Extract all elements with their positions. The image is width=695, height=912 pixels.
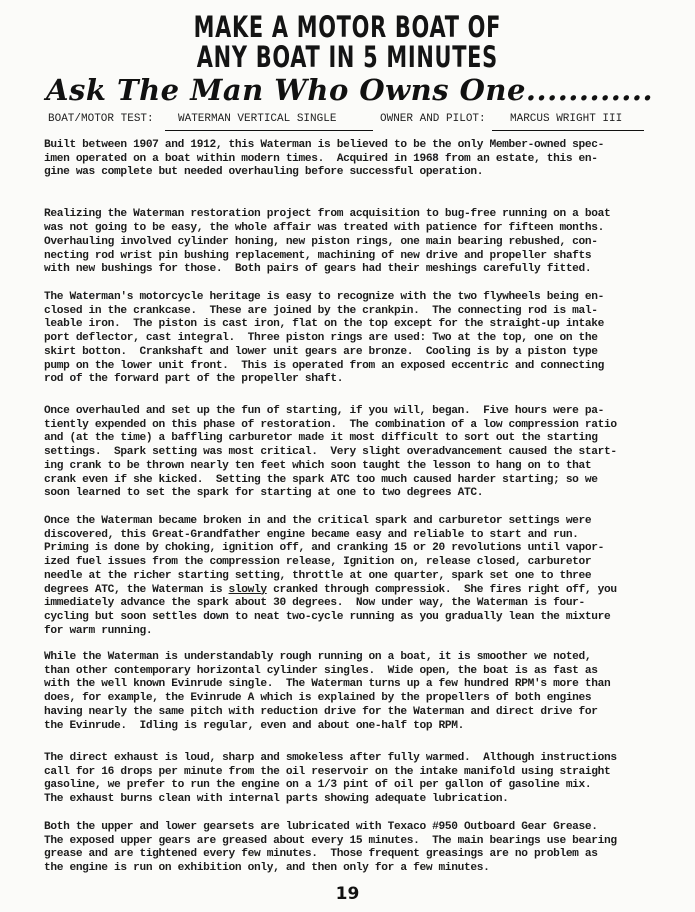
text-line: with new bushings for those. Both pairs …	[44, 263, 674, 277]
text-line: than other contemporary horizontal cylin…	[44, 665, 674, 679]
paragraph-starting: Once overhauled and set up the fun of st…	[44, 405, 674, 501]
text-line: The exposed upper gears are greased abou…	[44, 835, 674, 849]
text-line: Once overhauled and set up the fun of st…	[44, 405, 674, 419]
paragraph-exhaust: The direct exhaust is loud, sharp and sm…	[44, 752, 674, 807]
text-line: cycling but soon settles down to neat tw…	[44, 611, 674, 625]
text-line: Built between 1907 and 1912, this Waterm…	[44, 139, 674, 153]
text-line: gasoline, we prefer to run the engine on…	[44, 779, 674, 793]
text-line: with the well known Evinrude single. The…	[44, 678, 674, 692]
page-number: 19	[0, 884, 695, 904]
text-line: needle at the richer starting setting, t…	[44, 570, 674, 584]
text-line: crank even if she kicked. Setting the sp…	[44, 474, 674, 488]
headline-line-1: MAKE A MOTOR BOAT OF	[97, 12, 597, 42]
paragraph-built: Built between 1907 and 1912, this Waterm…	[44, 139, 674, 180]
text-line: Realizing the Waterman restoration proje…	[44, 208, 674, 222]
text-line: does, for example, the Evinrude A which …	[44, 692, 674, 706]
paragraph-realizing: Realizing the Waterman restoration proje…	[44, 208, 674, 235]
text-line: grease and are tightened every few minut…	[44, 848, 674, 862]
text-line: Once the Waterman became broken in and t…	[44, 515, 674, 529]
text-line: necting rod wrist pin bushing replacemen…	[44, 250, 674, 264]
text-line: degrees ATC, the Waterman is slowly cran…	[44, 584, 674, 598]
text-line: the engine is run on exhibition only, an…	[44, 862, 674, 876]
text-line: closed in the crankcase. These are joine…	[44, 305, 674, 319]
text-line: pump on the lower unit front. This is op…	[44, 360, 674, 374]
text-line: the Evinrude. Idling is regular, even an…	[44, 720, 674, 734]
headline-line-2: ANY BOAT IN 5 MINUTES	[97, 42, 597, 72]
test-label: BOAT/MOTOR TEST:	[48, 113, 154, 125]
text-line: ing crank to be thrown nearly ten feet w…	[44, 460, 674, 474]
text-line: port deflector, cast integral. Three pis…	[44, 332, 674, 346]
paragraph-gearsets: Both the upper and lower gearsets are lu…	[44, 821, 674, 876]
text-line: ized fuel issues from the compression re…	[44, 556, 674, 570]
text-line: soon learned to set the spark for starti…	[44, 487, 674, 501]
paragraph-priming: Once the Waterman became broken in and t…	[44, 515, 674, 638]
text-line: tiently expended on this phase of restor…	[44, 419, 674, 433]
text-line: settings. Spark setting was most critica…	[44, 446, 674, 460]
owner-value: MARCUS WRIGHT III	[510, 113, 622, 125]
text-line: imen operated on a boat within modern ti…	[44, 153, 674, 167]
test-value-underline	[165, 130, 373, 131]
underlined-word: slowly	[229, 584, 267, 596]
text-line: The direct exhaust is loud, sharp and sm…	[44, 752, 674, 766]
text-line: immediately advance the spark about 30 d…	[44, 597, 674, 611]
text-line: The Waterman's motorcycle heritage is ea…	[44, 291, 674, 305]
tagline: Ask The Man Who Owns One............	[46, 73, 653, 107]
test-value: WATERMAN VERTICAL SINGLE	[178, 113, 336, 125]
text-line: was not going to be easy, the whole affa…	[44, 222, 674, 236]
text-line: Priming is done by choking, ignition off…	[44, 542, 674, 556]
text-line: having nearly the same pitch with reduct…	[44, 706, 674, 720]
text-line: discovered, this Great-Grandfather engin…	[44, 529, 674, 543]
paragraph-running: While the Waterman is understandably rou…	[44, 651, 674, 733]
text-line: While the Waterman is understandably rou…	[44, 651, 674, 665]
paragraph-heritage: The Waterman's motorcycle heritage is ea…	[44, 291, 674, 387]
paragraph-overhauling: Overhauling involved cylinder honing, ne…	[44, 236, 674, 277]
owner-label: OWNER AND PILOT:	[380, 113, 486, 125]
text-line: and (at the time) a baffling carburetor …	[44, 432, 674, 446]
text-line: The exhaust burns clean with internal pa…	[44, 793, 674, 807]
text-line: gine was complete but needed overhauling…	[44, 166, 674, 180]
text-line: rod of the forward part of the propeller…	[44, 373, 674, 387]
text-line: skirt botton. Crankshaft and lower unit …	[44, 346, 674, 360]
text-line: Overhauling involved cylinder honing, ne…	[44, 236, 674, 250]
text-line: for warm running.	[44, 625, 674, 639]
text-line: leable iron. The piston is cast iron, fl…	[44, 318, 674, 332]
text-line: Both the upper and lower gearsets are lu…	[44, 821, 674, 835]
text-line: call for 16 drops per minute from the oi…	[44, 766, 674, 780]
owner-value-underline	[492, 130, 644, 131]
